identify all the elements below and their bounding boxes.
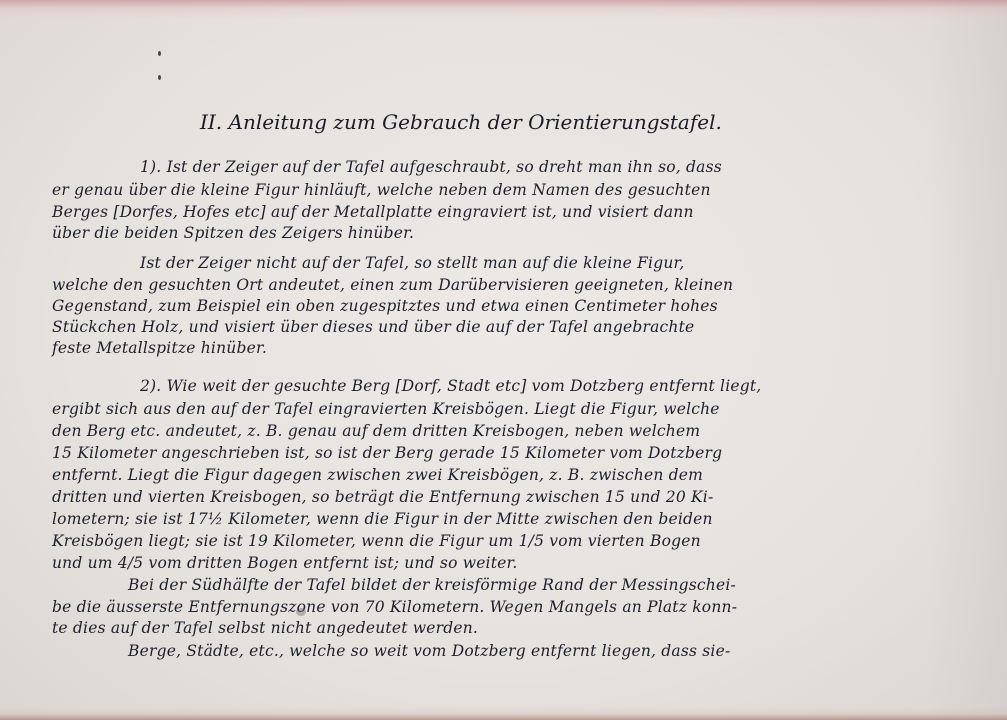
text-line: Berges [Dorfes, Hofes etc] auf der Metal… — [52, 203, 694, 221]
text-line: Berge, Städte, etc., welche so weit vom … — [128, 642, 730, 660]
ink-speck — [158, 75, 161, 80]
text-line: ergibt sich aus den auf der Tafel eingra… — [52, 400, 720, 418]
text-line: 15 Kilometer angeschrieben ist, so ist d… — [52, 444, 722, 462]
text-line: dritten und vierten Kreisbogen, so beträ… — [52, 488, 713, 506]
text-line: Bei der Südhälfte der Tafel bildet der k… — [128, 576, 736, 594]
ink-speck — [158, 51, 161, 56]
text-line: lometern; sie ist 17½ Kilometer, wenn di… — [52, 510, 713, 528]
text-line: Gegenstand, zum Beispiel ein oben zugesp… — [52, 297, 718, 315]
text-line: er genau über die kleine Figur hinläuft,… — [52, 181, 711, 199]
text-line: Stückchen Holz, und visiert über dieses … — [52, 318, 694, 336]
text-line: Kreisbögen liegt; sie ist 19 Kilometer, … — [52, 532, 701, 550]
text-line: und um 4/5 vom dritten Bogen entfernt is… — [52, 554, 518, 572]
text-line: Ist der Zeiger nicht auf der Tafel, so s… — [140, 254, 685, 272]
ink-stain — [296, 608, 306, 616]
text-line: über die beiden Spitzen des Zeigers hinü… — [52, 224, 414, 242]
text-line: be die äusserste Entfernungszone von 70 … — [52, 598, 737, 616]
text-line: te dies auf der Tafel selbst nicht anged… — [52, 619, 478, 637]
text-line: welche den gesuchten Ort andeutet, einen… — [52, 276, 733, 294]
text-line: feste Metallspitze hinüber. — [52, 339, 267, 357]
text-line: 1). Ist der Zeiger auf der Tafel aufgesc… — [140, 158, 722, 176]
handwritten-page: II. Anleitung zum Gebrauch der Orientier… — [0, 0, 1007, 720]
page-title: II. Anleitung zum Gebrauch der Orientier… — [200, 110, 722, 134]
text-line: 2). Wie weit der gesuchte Berg [Dorf, St… — [140, 377, 761, 395]
text-line: den Berg etc. andeutet, z. B. genau auf … — [52, 422, 700, 440]
text-line: entfernt. Liegt die Figur dagegen zwisch… — [52, 466, 703, 484]
